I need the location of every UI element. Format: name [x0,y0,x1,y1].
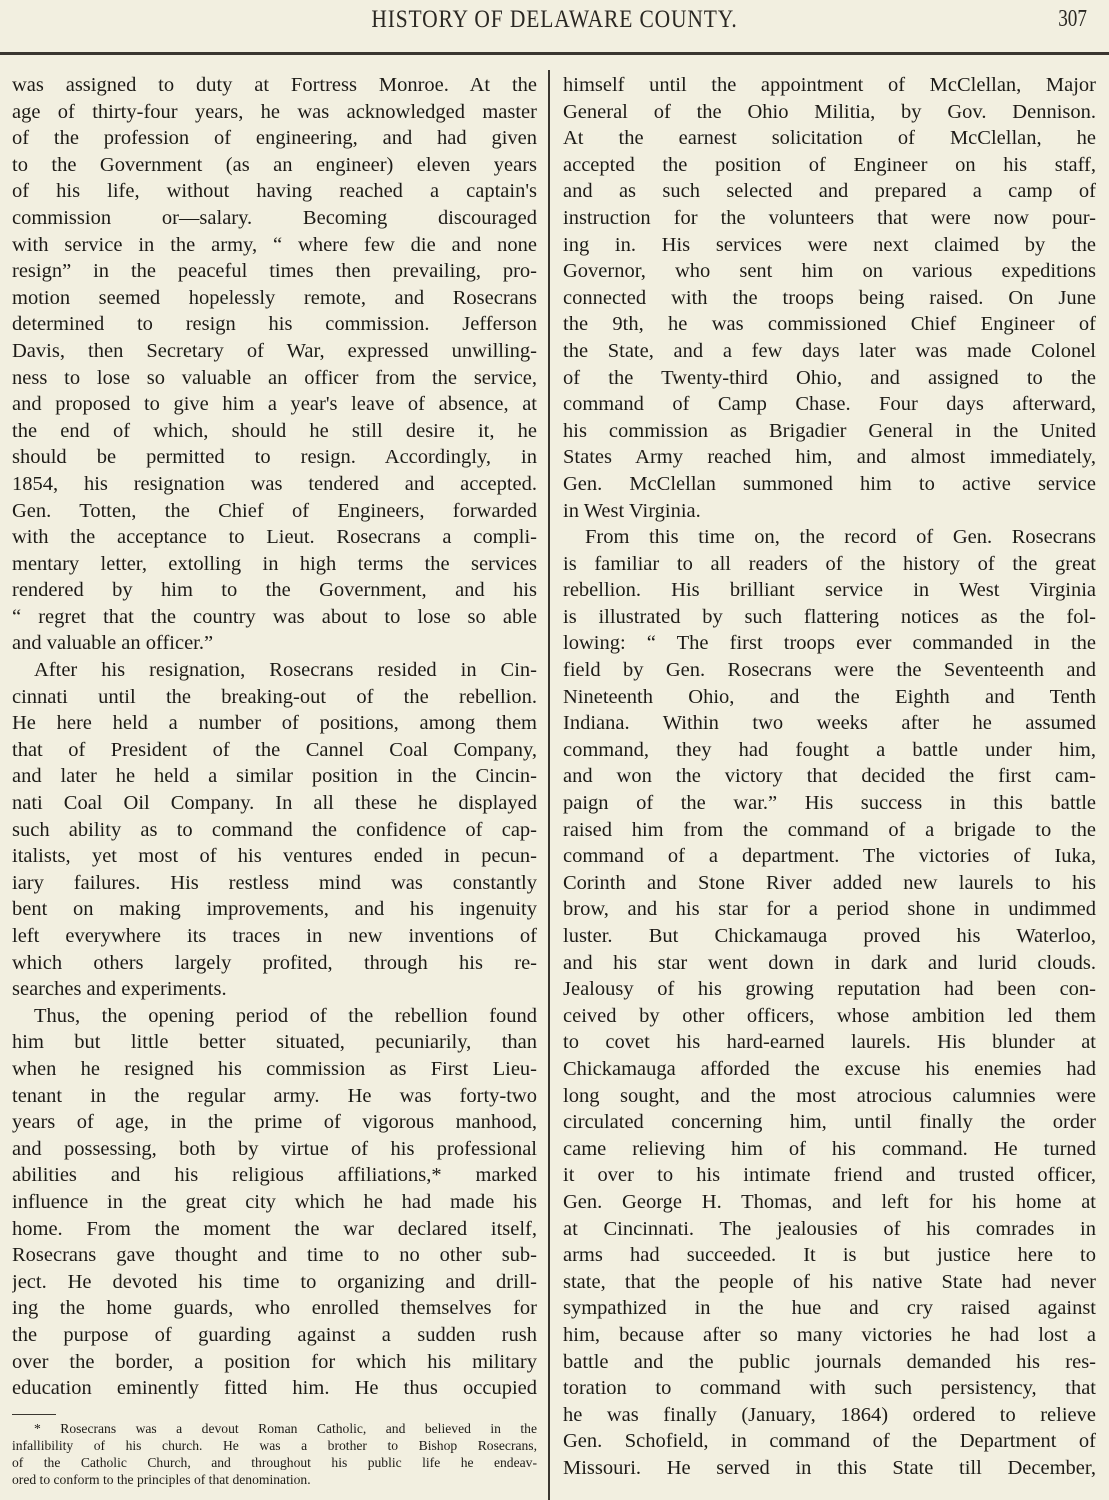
text-line: ject. He devoted his time to organizing … [12,1269,537,1296]
text-line: home. From the moment the war declared i… [12,1216,537,1243]
text-line: to the Government (as an engineer) eleve… [12,152,537,179]
text-line: tenant in the regular army. He was forty… [12,1083,537,1110]
text-line: connected with the troops being raised. … [563,285,1096,312]
text-line: years of age, in the prime of vigorous m… [12,1109,537,1136]
text-line: toration to command with such persistenc… [563,1375,1096,1402]
text-line: influence in the great city which he had… [12,1189,537,1216]
text-line: Corinth and Stone River added new laurel… [563,870,1096,897]
text-line: Rosecrans gave thought and time to no ot… [12,1242,537,1269]
text-line: lowing: “ The first troops ever commande… [563,630,1096,657]
text-line: italists, yet most of his ventures ended… [12,843,537,870]
text-line: After his resignation, Rosecrans resided… [12,657,537,684]
text-line: From this time on, the record of Gen. Ro… [563,524,1096,551]
text-line: and won the victory that decided the fir… [563,763,1096,790]
text-line: Gen. George H. Thomas, and left for his … [563,1189,1096,1216]
footnote: * Rosecrans was a devout Roman Catholic,… [12,1420,537,1488]
running-header: HISTORY OF DELAWARE COUNTY. 307 [0,0,1109,48]
text-line: command of Camp Chase. Four days afterwa… [563,391,1096,418]
text-line: ing in. His services were next claimed b… [563,232,1096,259]
text-line: command, they had fought a battle under … [563,737,1096,764]
text-line: determined to resign his commission. Jef… [12,311,537,338]
text-line: should be permitted to resign. According… [12,444,537,471]
text-line: him, because after so many victories he … [563,1322,1096,1349]
text-line: such ability as to command the confidenc… [12,817,537,844]
running-title: HISTORY OF DELAWARE COUNTY. [78,6,1032,34]
text-line: brow, and his star for a period shone in… [563,896,1096,923]
text-line: of the Twenty-third Ohio, and assigned t… [563,365,1096,392]
text-line: Thus, the opening period of the rebellio… [12,1003,537,1030]
footnote-line: * Rosecrans was a devout Roman Catholic,… [12,1420,537,1437]
text-line: is illustrated by such flattering notice… [563,604,1096,631]
text-line: Chickamauga afforded the excuse his enem… [563,1056,1096,1083]
text-line: ing the home guards, who enrolled themse… [12,1295,537,1322]
text-line: “ regret that the country was about to l… [12,604,537,631]
text-line: Gen. Schofield, in command of the Depart… [563,1428,1096,1455]
text-line: raised him from the command of a brigade… [563,817,1096,844]
text-line: was assigned to duty at Fortress Monroe.… [12,72,537,99]
text-line: rebellion. His brilliant service in West… [563,577,1096,604]
footnote-line: ored to conform to the principles of tha… [12,1471,537,1488]
text-line: bent on making improvements, and his ing… [12,896,537,923]
text-line: He here held a number of positions, amon… [12,710,537,737]
page-number: 307 [1058,6,1087,33]
text-line: he was finally (January, 1864) ordered t… [563,1402,1096,1429]
text-line: resign” in the peaceful times then preva… [12,258,537,285]
text-line: with the acceptance to Lieut. Rosecrans … [12,524,537,551]
text-line: with service in the army, “ where few di… [12,232,537,259]
text-line: when he resigned his commission as First… [12,1056,537,1083]
text-line: nati Coal Oil Company. In all these he d… [12,790,537,817]
text-line: commission or—salary. Becoming discourag… [12,205,537,232]
text-line: Davis, then Secretary of War, expressed … [12,338,537,365]
text-line: Indiana. Within two weeks after he assum… [563,710,1096,737]
footnote-line: of the Catholic Church, and throughout h… [12,1454,537,1471]
text-line: At the earnest solicitation of McClellan… [563,125,1096,152]
text-line: and possessing, both by virtue of his pr… [12,1136,537,1163]
text-line: it over to his intimate friend and trust… [563,1162,1096,1189]
text-line: Gen. McClellan summoned him to active se… [563,471,1096,498]
text-line: and as such selected and prepared a camp… [563,178,1096,205]
text-line: and proposed to give him a year's leave … [12,391,537,418]
text-line: of his life, without having reached a ca… [12,178,537,205]
text-line: education eminently fitted him. He thus … [12,1375,537,1402]
left-column: was assigned to duty at Fortress Monroe.… [12,72,537,1402]
text-line: age of thirty-four years, he was acknowl… [12,99,537,126]
text-line: arms had succeeded. It is but justice he… [563,1242,1096,1269]
text-line: which others largely profited, through h… [12,950,537,977]
text-line: field by Gen. Rosecrans were the Sevente… [563,657,1096,684]
text-line: command of a department. The victories o… [563,843,1096,870]
text-line: the end of which, should he still desire… [12,418,537,445]
text-line: him but little better situated, pecuniar… [12,1029,537,1056]
text-line: instruction for the volunteers that were… [563,205,1096,232]
text-line: at Cincinnati. The jealousies of his com… [563,1216,1096,1243]
text-line: that of President of the Cannel Coal Com… [12,737,537,764]
text-line: the 9th, he was commissioned Chief Engin… [563,311,1096,338]
text-line: Governor, who sent him on various expedi… [563,258,1096,285]
text-line: accepted the position of Engineer on his… [563,152,1096,179]
text-line: and valuable an officer.” [12,630,537,657]
text-line: cinnati until the breaking-out of the re… [12,684,537,711]
text-line: paign of the war.” His success in this b… [563,790,1096,817]
text-line: circulated concerning him, until finally… [563,1109,1096,1136]
text-line: States Army reached him, and almost imme… [563,444,1096,471]
text-line: Jealousy of his growing reputation had b… [563,976,1096,1003]
text-line: battle and the public journals demanded … [563,1349,1096,1376]
text-line: rendered by him to the Government, and h… [12,577,537,604]
text-line: mentary letter, extolling in high terms … [12,551,537,578]
text-line: the State, and a few days later was made… [563,338,1096,365]
text-line: state, that the people of his native Sta… [563,1269,1096,1296]
header-rule [0,52,1109,55]
footnote-line: infallibility of his church. He was a br… [12,1437,537,1454]
text-line: is familiar to all readers of the histor… [563,551,1096,578]
text-line: General of the Ohio Militia, by Gov. Den… [563,99,1096,126]
text-line: searches and experiments. [12,976,537,1003]
text-line: in West Virginia. [563,498,1096,525]
text-line: came relieving him of his command. He tu… [563,1136,1096,1163]
column-divider [548,70,550,1500]
text-line: 1854, his resignation was tendered and a… [12,471,537,498]
text-line: Gen. Totten, the Chief of Engineers, for… [12,498,537,525]
text-line: of the profession of engineering, and ha… [12,125,537,152]
text-line: iary failures. His restless mind was con… [12,870,537,897]
text-line: motion seemed hopelessly remote, and Ros… [12,285,537,312]
text-line: the purpose of guarding against a sudden… [12,1322,537,1349]
text-line: and later he held a similar position in … [12,763,537,790]
text-line: abilities and his religious affiliations… [12,1162,537,1189]
text-line: ness to lose so valuable an officer from… [12,365,537,392]
text-line: to covet his hard-earned laurels. His bl… [563,1029,1096,1056]
text-line: and his star went down in dark and lurid… [563,950,1096,977]
text-line: luster. But Chickamauga proved his Water… [563,923,1096,950]
text-line: over the border, a position for which hi… [12,1349,537,1376]
text-line: himself until the appointment of McClell… [563,72,1096,99]
text-line: ceived by other officers, whose ambition… [563,1003,1096,1030]
text-line: long sought, and the most atrocious calu… [563,1083,1096,1110]
text-line: Nineteenth Ohio, and the Eighth and Tent… [563,684,1096,711]
book-page: HISTORY OF DELAWARE COUNTY. 307 was assi… [0,0,1109,1500]
text-line: left everywhere its traces in new invent… [12,923,537,950]
right-column: himself until the appointment of McClell… [563,72,1096,1481]
text-line: sympathized in the hue and cry raised ag… [563,1295,1096,1322]
footnote-rule [12,1414,56,1415]
text-line: Missouri. He served in this State till D… [563,1455,1096,1482]
text-line: his commission as Brigadier General in t… [563,418,1096,445]
